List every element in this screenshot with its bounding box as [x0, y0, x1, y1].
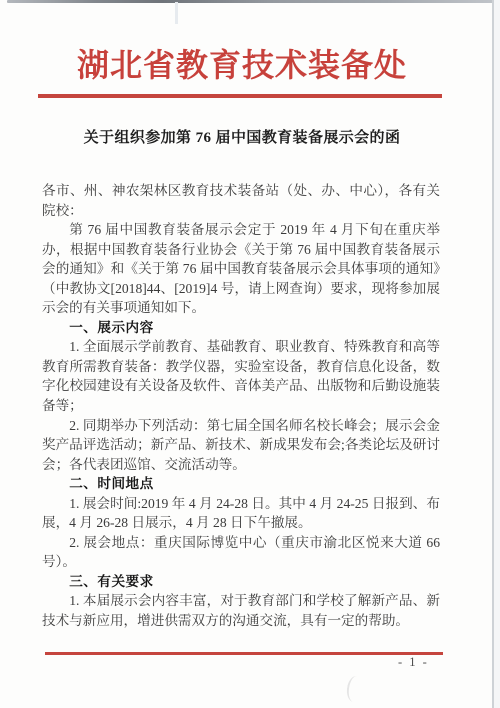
scanned-letter-page: 湖北省教育技术装备处 关于组织参加第 76 届中国教育装备展示会的函 各市、州、…	[0, 0, 500, 708]
document-title: 关于组织参加第 76 届中国教育装备展示会的函	[40, 128, 444, 148]
heading-section-2: 二、时间地点	[42, 474, 440, 494]
page-number: - 1 -	[398, 655, 444, 670]
para-concurrent-activities: 2. 同期举办下列活动：第七届全国名师名校长峰会；展示会金奖产品评选活动；新产品…	[42, 416, 440, 475]
para-exhibit-time: 1. 展会时间:2019 年 4 月 24-28 日。其中 4 月 24-25 …	[42, 494, 440, 533]
letterhead-org-title: 湖北省教育技术装备处	[40, 46, 444, 84]
scan-smudge	[345, 675, 364, 703]
footer-rule	[45, 652, 443, 655]
scan-fold-mark	[175, 2, 178, 24]
para-requirements: 1. 本届展示会内容丰富，对于教育部门和学校了解新产品、新技术与新应用，增进供需…	[42, 591, 440, 630]
scan-top-edge	[7, 0, 493, 3]
heading-section-3: 三、有关要求	[42, 572, 440, 592]
para-exhibit-scope: 1. 全面展示学前教育、基础教育、职业教育、特殊教育和高等教育所需教育装备：教学…	[42, 337, 440, 415]
intro-paragraph: 第 76 届中国教育装备展示会定于 2019 年 4 月下旬在重庆举办，根据中国…	[42, 220, 440, 318]
para-exhibit-venue: 2. 展会地点：重庆国际博览中心（重庆市渝北区悦来大道 66 号）。	[42, 533, 440, 572]
heading-section-1: 一、展示内容	[42, 318, 440, 338]
scan-right-shadow	[494, 0, 500, 708]
document-body: 各市、州、神农架林区教育技术装备站（处、办、中心），各有关院校： 第 76 届中…	[42, 181, 440, 631]
salutation: 各市、州、神农架林区教育技术装备站（处、办、中心），各有关院校：	[42, 181, 440, 220]
letterhead-rule	[38, 94, 442, 98]
